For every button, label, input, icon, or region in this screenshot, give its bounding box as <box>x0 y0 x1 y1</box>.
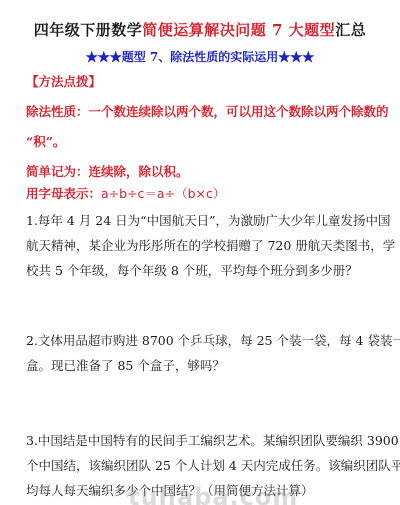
watermark: tuliaba.com <box>128 483 298 505</box>
short-form-rule: 简单记为：连续除，除以积。 <box>26 164 189 180</box>
letter-formula: a÷b÷c＝a÷（b×c） <box>101 186 225 201</box>
problem-1-line-3: 校共 5 个年级，每个年级 8 个班，平均每个班分到多少册？ <box>26 263 358 279</box>
title-part-grade: 四年级下册数学 <box>34 21 143 39</box>
problem-3-line-1: 3.中国结是中国特有的民间手工编织艺术。某编织团队要编织 3900 <box>26 433 399 449</box>
method-heading: 【方法点拨】 <box>26 74 101 90</box>
problem-2-line-2: 盒。现已准备了 85 个盒子，够吗？ <box>26 358 225 374</box>
property-line-2: “积”。 <box>26 134 65 150</box>
problem-3-line-2: 个中国结，该编织团队 25 个人计划 4 天内完成任务。该编织团队平 <box>26 458 400 474</box>
title-part-topic: 简便运算解决问题 7 大题型 <box>142 21 335 39</box>
property-line-1: 除法性质：一个数连续除以两个数，可以用这个数除以两个除数的 <box>26 104 389 120</box>
letter-formula-label: 用字母表示： <box>26 186 101 201</box>
problem-2-line-1: 2.文体用品超市购进 8700 个乒乓球，每 25 个装一袋，每 4 袋装一 <box>26 333 400 349</box>
letter-formula-line: 用字母表示：a÷b÷c＝a÷（b×c） <box>26 186 225 202</box>
problem-1-line-2: 航天精神，某企业为彤彤所在的学校捐赠了 720 册航天类图书，学 <box>26 238 395 254</box>
page-title: 四年级下册数学简便运算解决问题 7 大题型汇总 <box>0 19 400 40</box>
section-subtitle: ★★★题型 7、除法性质的实际运用★★★ <box>0 48 400 65</box>
document-page: 四年级下册数学简便运算解决问题 7 大题型汇总 ★★★题型 7、除法性质的实际运… <box>0 0 400 505</box>
title-part-summary: 汇总 <box>335 21 366 39</box>
problem-1-line-1: 1.每年 4 月 24 日为“中国航天日”，为激励广大少年儿童发扬中国 <box>26 213 390 229</box>
